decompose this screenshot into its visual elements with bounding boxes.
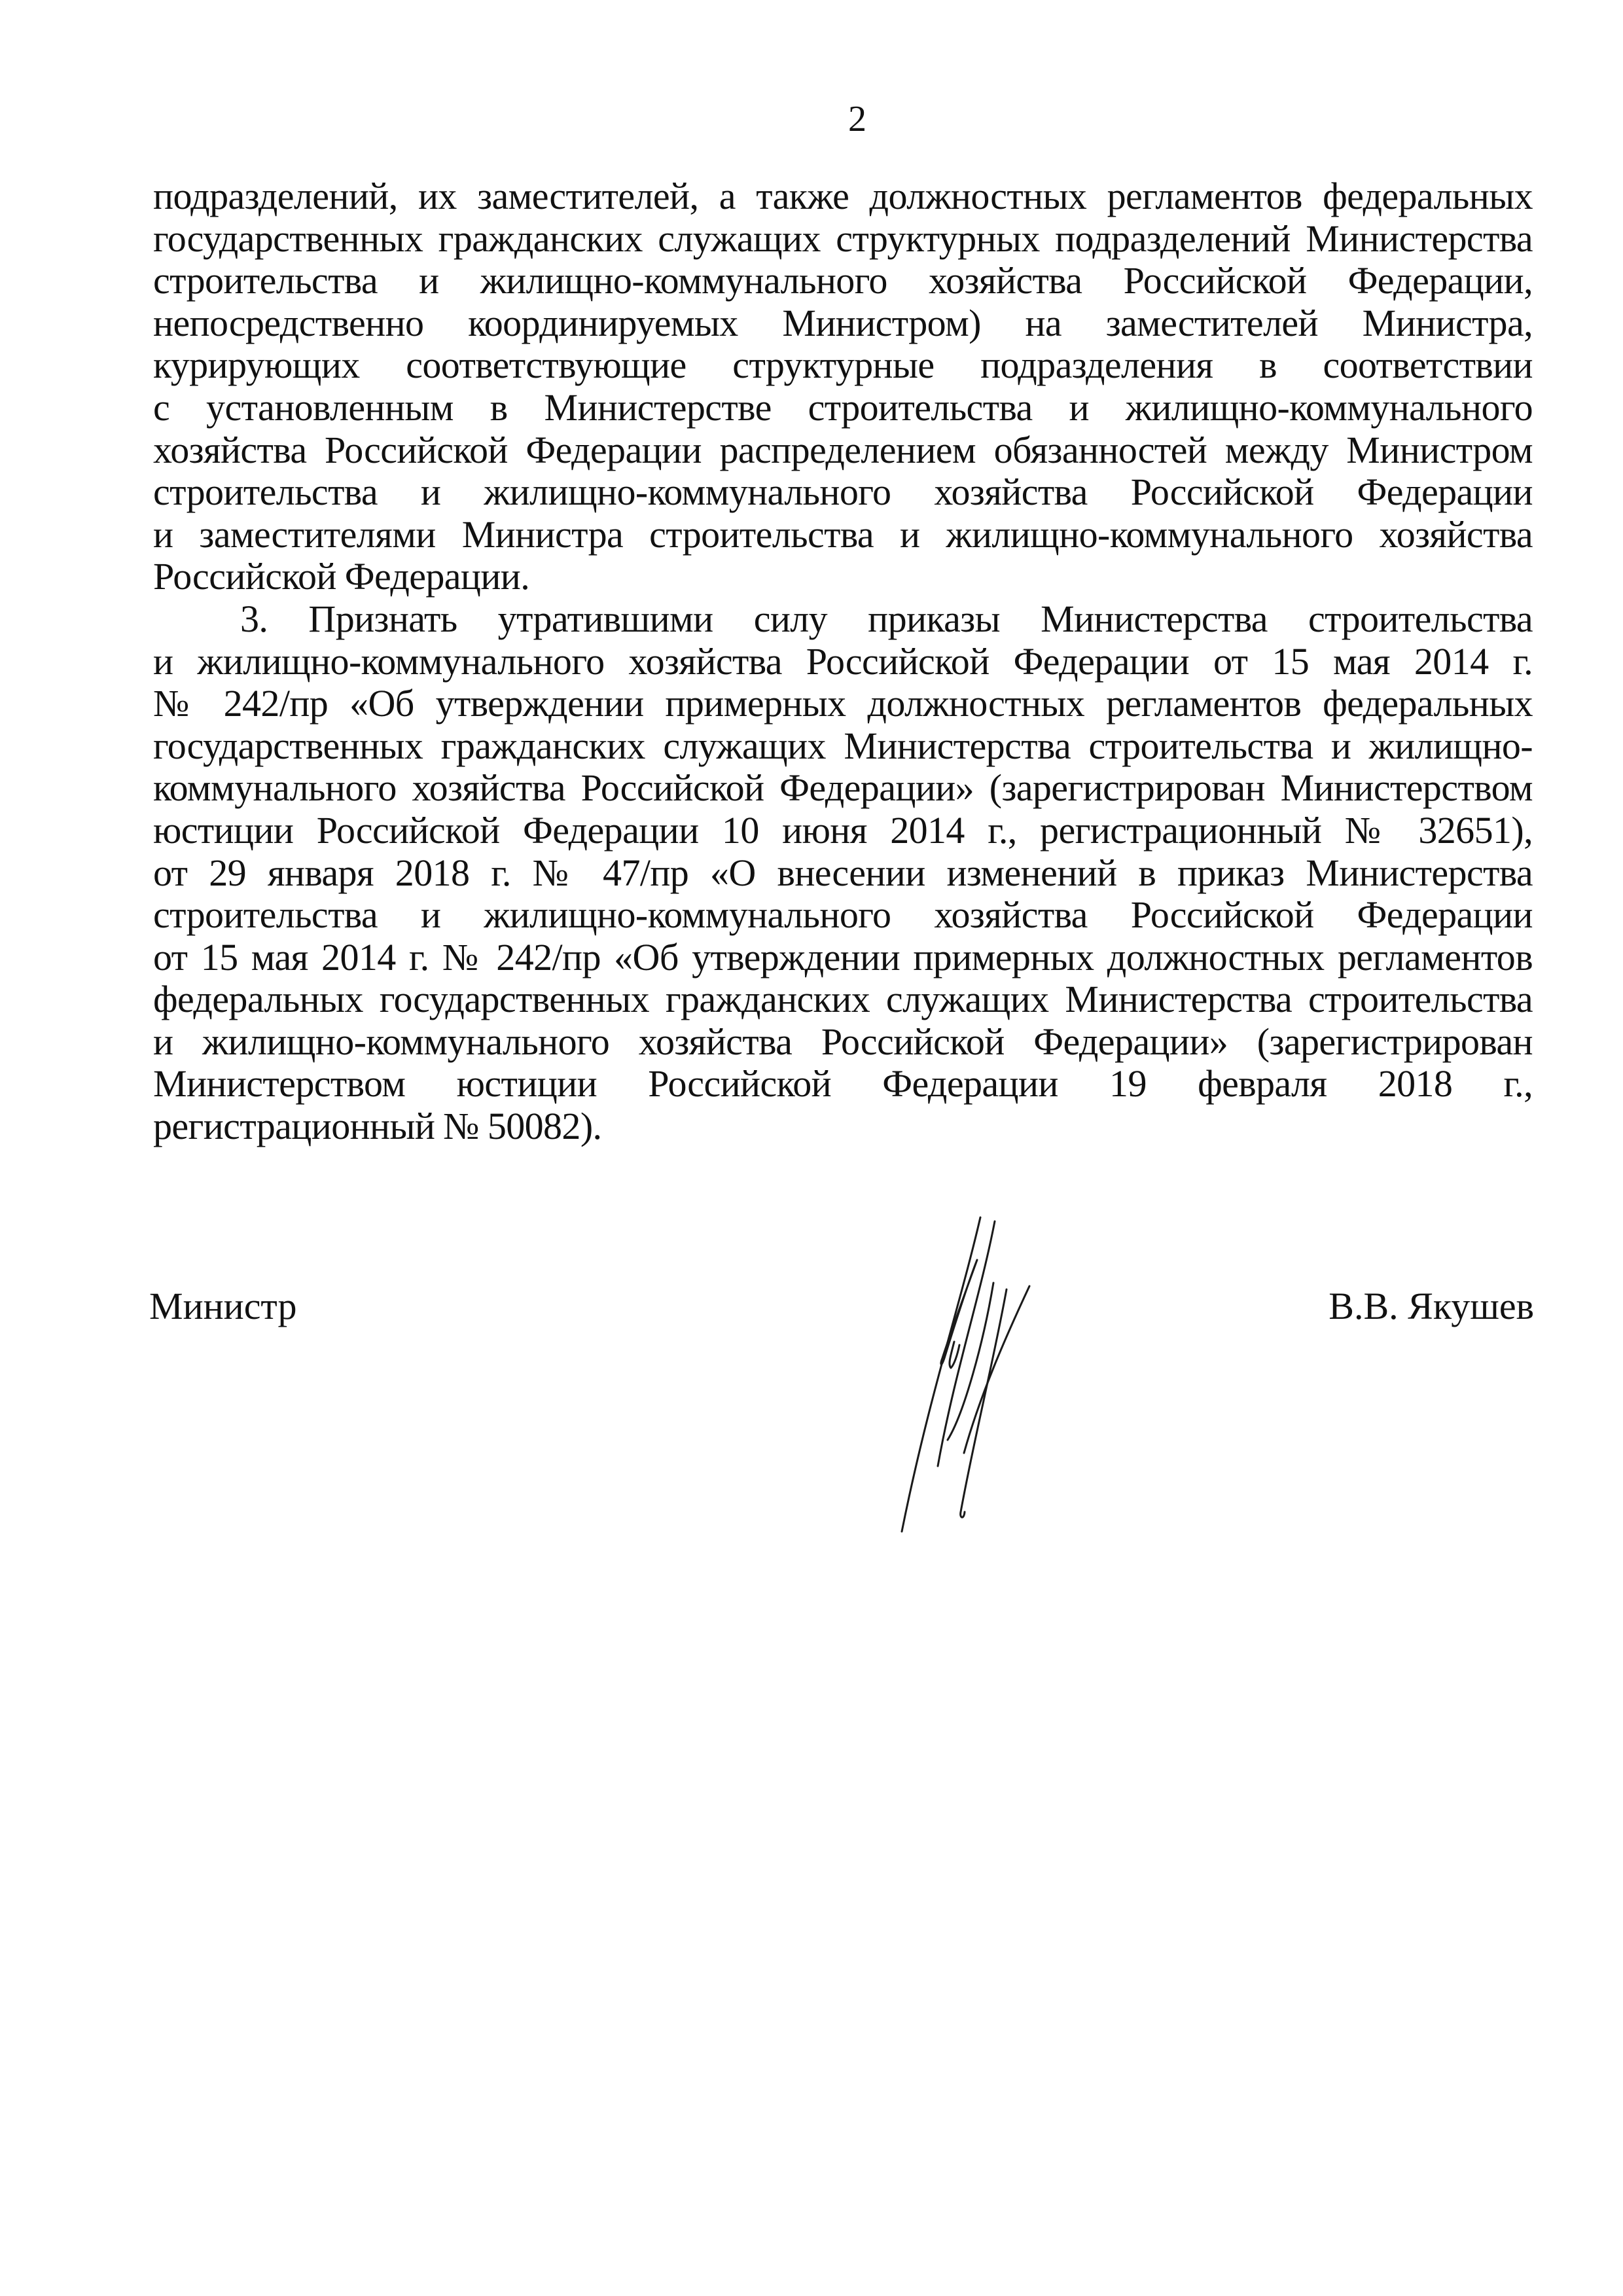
handwritten-signature-icon [823, 1204, 1150, 1545]
text-line: с установленным в Министерстве строитель… [153, 387, 1533, 429]
text-line: 3. Признать утратившими силу приказы Мин… [153, 598, 1533, 641]
text-line: и жилищно-коммунального хозяйства Россий… [153, 1021, 1533, 1064]
text-line: строительства и жилищно-коммунального хо… [153, 260, 1533, 302]
text-line: непосредственно координируемых Министром… [153, 302, 1533, 345]
text-line: регистрационный № 50082). [153, 1105, 1533, 1148]
page-number: 2 [46, 98, 1623, 140]
text-line: Российской Федерации. [153, 556, 1533, 598]
text-line: строительства и жилищно-коммунального хо… [153, 894, 1533, 937]
text-line: подразделений, их заместителей, а также … [153, 175, 1533, 218]
text-line: № 242/пр «Об утверждении примерных должн… [153, 683, 1533, 725]
text-line: от 29 января 2018 г. № 47/пр «О внесении… [153, 852, 1533, 895]
signatory-title: Министр [149, 1285, 297, 1327]
text-line: строительства и жилищно-коммунального хо… [153, 471, 1533, 514]
text-line: хозяйства Российской Федерации распредел… [153, 429, 1533, 472]
paragraph-3: 3. Признать утратившими силу приказы Мин… [153, 598, 1533, 1148]
text-line: государственных гражданских служащих Мин… [153, 725, 1533, 768]
text-line: федеральных государственных гражданских … [153, 978, 1533, 1021]
text-line: коммунального хозяйства Российской Федер… [153, 767, 1533, 810]
paragraph-2-continuation: подразделений, их заместителей, а также … [153, 175, 1533, 598]
document-body: подразделений, их заместителей, а также … [153, 175, 1533, 1148]
text-line: и заместителями Министра строительства и… [153, 514, 1533, 556]
signature-block: Министр В.В. Якушев [149, 1270, 1534, 1545]
text-line: государственных гражданских служащих стр… [153, 218, 1533, 260]
text-line: и жилищно-коммунального хозяйства Россий… [153, 641, 1533, 683]
text-line: курирующих соответствующие структурные п… [153, 344, 1533, 387]
text-line: юстиции Российской Федерации 10 июня 201… [153, 810, 1533, 852]
text-line: от 15 мая 2014 г. № 242/пр «Об утвержден… [153, 937, 1533, 979]
text-line: Министерством юстиции Российской Федерац… [153, 1063, 1533, 1105]
signatory-name: В.В. Якушев [1329, 1285, 1534, 1327]
